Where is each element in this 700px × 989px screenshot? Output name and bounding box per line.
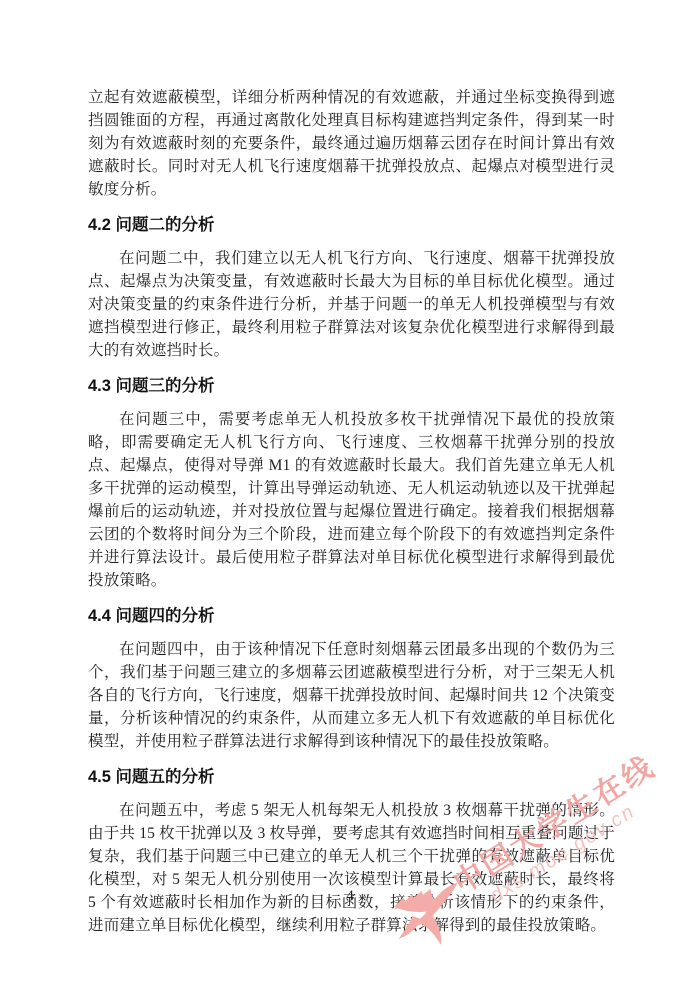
section-heading-4-4: 4.4 问题四的分析 xyxy=(88,605,615,628)
section-paragraph-4-5: 在问题五中，考虑 5 架无人机每架无人机投放 3 枚烟幕干扰弹的情形。由于共 1… xyxy=(88,799,615,937)
page-number: 4 xyxy=(0,888,700,905)
document-page: 立起有效遮蔽模型，详细分析两种情况的有效遮蔽，并通过坐标变换得到遮挡圆锥面的方程… xyxy=(0,0,700,989)
section-heading-4-2: 4.2 问题二的分析 xyxy=(88,214,615,237)
intro-paragraph: 立起有效遮蔽模型，详细分析两种情况的有效遮蔽，并通过坐标变换得到遮挡圆锥面的方程… xyxy=(88,86,615,201)
section-paragraph-4-3: 在问题三中，需要考虑单无人机投放多枚干扰弹情况下最优的投放策略，即需要确定无人机… xyxy=(88,408,615,592)
section-paragraph-4-2: 在问题二中，我们建立以无人机飞行方向、飞行速度、烟幕干扰弹投放点、起爆点为决策变… xyxy=(88,247,615,362)
section-paragraph-4-4: 在问题四中，由于该种情况下任意时刻烟幕云团最多出现的个数仍为三个，我们基于问题三… xyxy=(88,638,615,753)
section-heading-4-3: 4.3 问题三的分析 xyxy=(88,375,615,398)
page-content: 立起有效遮蔽模型，详细分析两种情况的有效遮蔽，并通过坐标变换得到遮挡圆锥面的方程… xyxy=(88,86,615,937)
section-heading-4-5: 4.5 问题五的分析 xyxy=(88,766,615,789)
